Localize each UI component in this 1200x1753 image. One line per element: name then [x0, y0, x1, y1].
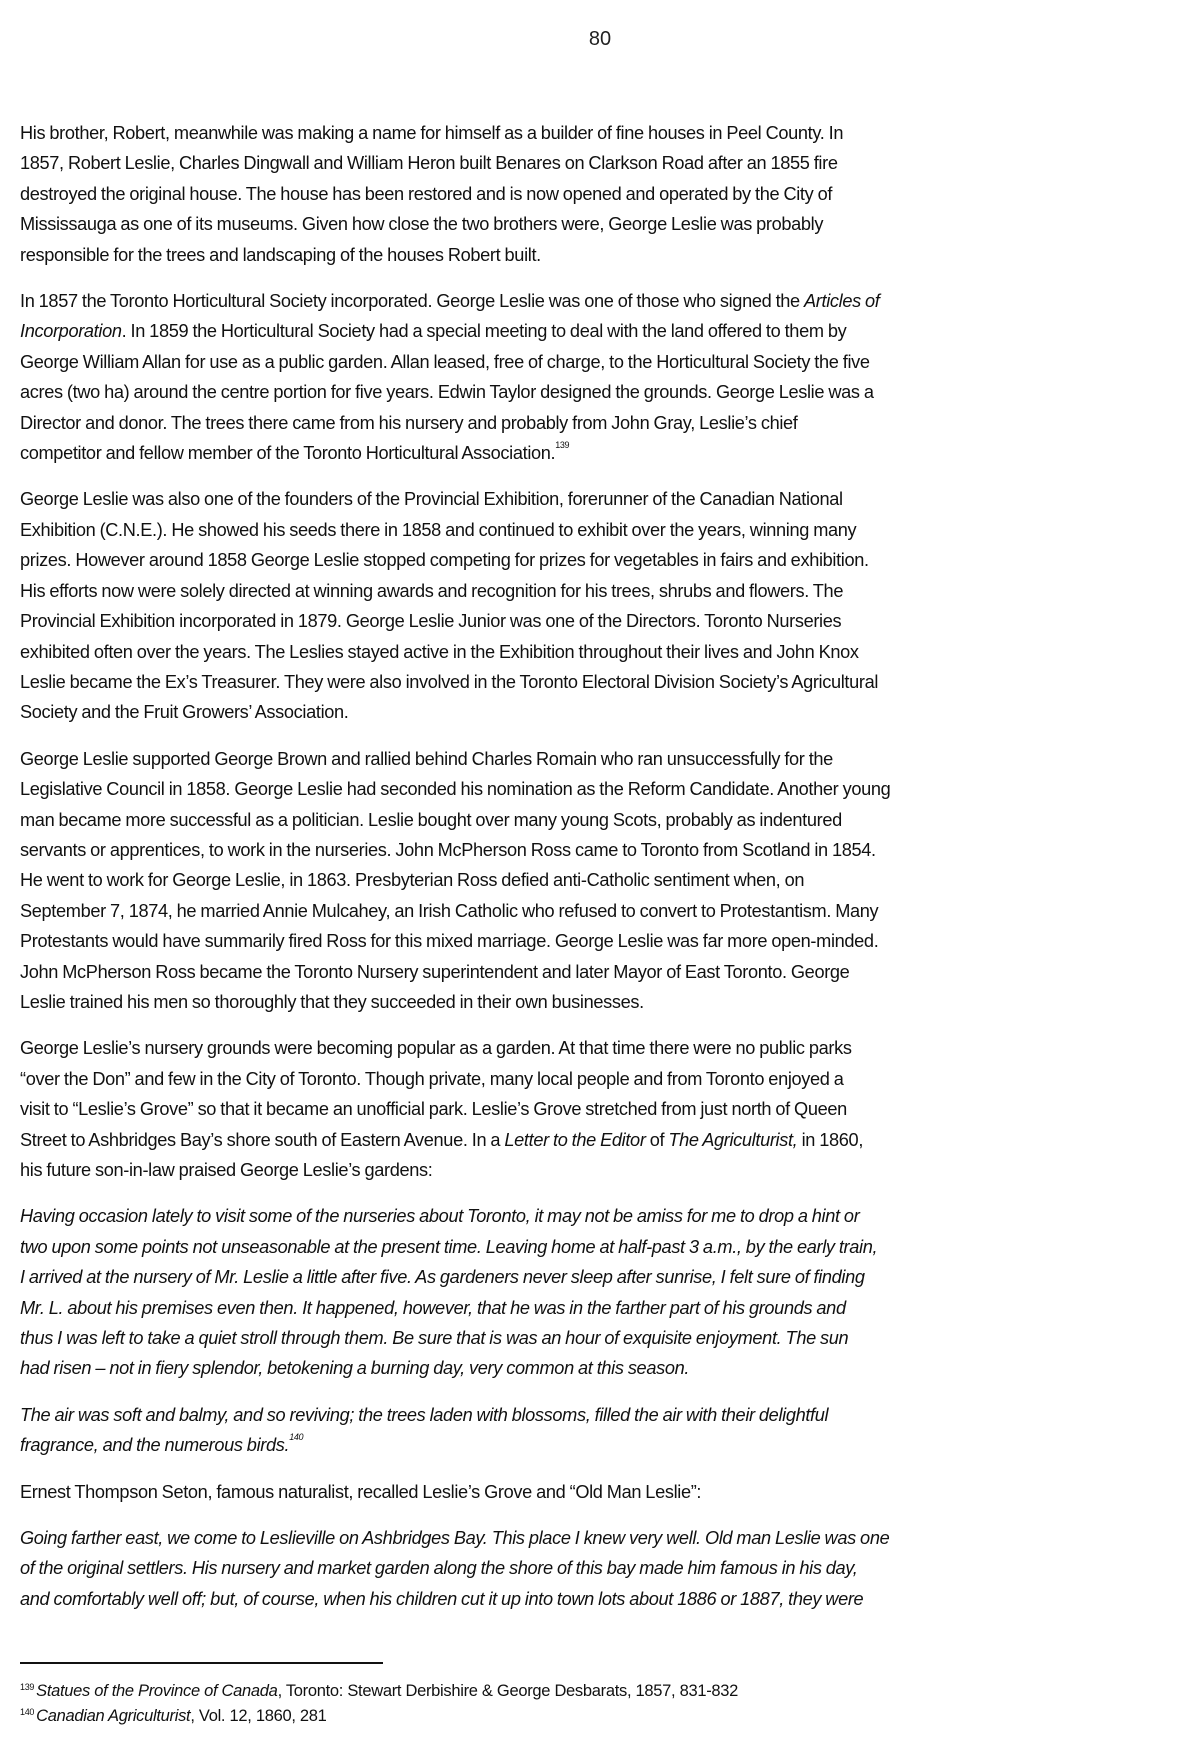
text-line: fragrance, and the numerous birds.140 — [20, 1430, 1200, 1460]
paragraph-robert-leslie: His brother, Robert, meanwhile was makin… — [20, 118, 1200, 270]
text-line: man became more successful as a politici… — [20, 805, 1200, 835]
text-run: competitor and fellow member of the Toro… — [20, 443, 555, 463]
italic-title: Letter to the Editor — [504, 1130, 645, 1150]
text-line: competitor and fellow member of the Toro… — [20, 438, 1200, 468]
text-line: Provincial Exhibition incorporated in 18… — [20, 606, 1200, 636]
text-line: George Leslie’s nursery grounds were bec… — [20, 1033, 1200, 1063]
text-line: Going farther east, we come to Leslievil… — [20, 1523, 1200, 1553]
italic-title: Incorporation — [20, 321, 122, 341]
block-quote-letter: Having occasion lately to visit some of … — [20, 1201, 1200, 1383]
block-quote-air: The air was soft and balmy, and so reviv… — [20, 1400, 1200, 1461]
footnote-citation: , Toronto: Stewart Derbishire & George D… — [278, 1682, 738, 1700]
footnote-139: 139Statues of the Province of Canada, To… — [20, 1680, 1120, 1705]
text-run: Street to Ashbridges Bay’s shore south o… — [20, 1130, 504, 1150]
text-line: of the original settlers. His nursery an… — [20, 1553, 1200, 1583]
text-line: His efforts now were solely directed at … — [20, 576, 1200, 606]
footnote-number: 140 — [20, 1707, 34, 1717]
text-line: visit to “Leslie’s Grove” so that it bec… — [20, 1094, 1200, 1124]
text-line: “over the Don” and few in the City of To… — [20, 1064, 1200, 1094]
paragraph-leslies-grove: George Leslie’s nursery grounds were bec… — [20, 1033, 1200, 1185]
text-line: His brother, Robert, meanwhile was makin… — [20, 118, 1200, 148]
text-line: Ernest Thompson Seton, famous naturalist… — [20, 1477, 1200, 1507]
text-line: responsible for the trees and landscapin… — [20, 240, 1200, 270]
text-line: prizes. However around 1858 George Lesli… — [20, 545, 1200, 575]
text-line: He went to work for George Leslie, in 18… — [20, 865, 1200, 895]
italic-title: The Agriculturist, — [668, 1130, 797, 1150]
paragraph-provincial-exhibition: George Leslie was also one of the founde… — [20, 484, 1200, 727]
text-run: fragrance, and the numerous birds. — [20, 1435, 289, 1455]
text-line: The air was soft and balmy, and so reviv… — [20, 1400, 1200, 1430]
text-run: of — [646, 1130, 669, 1150]
text-line: two upon some points not unseasonable at… — [20, 1232, 1200, 1262]
text-line: Leslie trained his men so thoroughly tha… — [20, 987, 1200, 1017]
text-line: John McPherson Ross became the Toronto N… — [20, 957, 1200, 987]
text-run: . In 1859 the Horticultural Society had … — [122, 321, 847, 341]
block-quote-seton: Going farther east, we come to Leslievil… — [20, 1523, 1200, 1614]
text-line: acres (two ha) around the centre portion… — [20, 377, 1200, 407]
text-line: Mississauga as one of its museums. Given… — [20, 209, 1200, 239]
text-line: George Leslie supported George Brown and… — [20, 744, 1200, 774]
text-line: In 1857 the Toronto Horticultural Societ… — [20, 286, 1200, 316]
paragraph-politics-and-ross: George Leslie supported George Brown and… — [20, 744, 1200, 1018]
text-line: servants or apprentices, to work in the … — [20, 835, 1200, 865]
footnote-title: Canadian Agriculturist — [36, 1707, 190, 1725]
text-line: exhibited often over the years. The Lesl… — [20, 637, 1200, 667]
text-line: Legislative Council in 1858. George Lesl… — [20, 774, 1200, 804]
text-line: Street to Ashbridges Bay’s shore south o… — [20, 1125, 1200, 1155]
text-line: Exhibition (C.N.E.). He showed his seeds… — [20, 515, 1200, 545]
text-line: Mr. L. about his premises even then. It … — [20, 1293, 1200, 1323]
text-line: had risen – not in fiery splendor, betok… — [20, 1353, 1200, 1383]
paragraph-seton-intro: Ernest Thompson Seton, famous naturalist… — [20, 1477, 1200, 1507]
text-line: Society and the Fruit Growers’ Associati… — [20, 697, 1200, 727]
footnote-140: 140Canadian Agriculturist, Vol. 12, 1860… — [20, 1705, 1120, 1730]
text-line: Incorporation. In 1859 the Horticultural… — [20, 316, 1200, 346]
text-line: and comfortably well off; but, of course… — [20, 1584, 1200, 1614]
text-line: 1857, Robert Leslie, Charles Dingwall an… — [20, 148, 1200, 178]
text-line: Director and donor. The trees there came… — [20, 408, 1200, 438]
text-line: George William Allan for use as a public… — [20, 347, 1200, 377]
text-line: his future son-in-law praised George Les… — [20, 1155, 1200, 1185]
footnote-number: 139 — [20, 1682, 34, 1692]
text-line: Leslie became the Ex’s Treasurer. They w… — [20, 667, 1200, 697]
text-line: Protestants would have summarily fired R… — [20, 926, 1200, 956]
text-line: I arrived at the nursery of Mr. Leslie a… — [20, 1262, 1200, 1292]
text-run: In 1857 the Toronto Horticultural Societ… — [20, 291, 804, 311]
footnote-reference-140[interactable]: 140 — [289, 1432, 303, 1442]
footnotes: 139Statues of the Province of Canada, To… — [20, 1680, 1120, 1730]
footnote-citation: , Vol. 12, 1860, 281 — [190, 1707, 326, 1725]
body-text: His brother, Robert, meanwhile was makin… — [20, 118, 1200, 1630]
paragraph-horticultural-society: In 1857 the Toronto Horticultural Societ… — [20, 286, 1200, 468]
text-run: in 1860, — [797, 1130, 863, 1150]
text-line: thus I was left to take a quiet stroll t… — [20, 1323, 1200, 1353]
text-line: Having occasion lately to visit some of … — [20, 1201, 1200, 1231]
page-number: 80 — [0, 28, 1200, 51]
footnote-reference-139[interactable]: 139 — [555, 440, 569, 450]
text-line: destroyed the original house. The house … — [20, 179, 1200, 209]
text-line: George Leslie was also one of the founde… — [20, 484, 1200, 514]
footnote-title: Statues of the Province of Canada — [36, 1682, 277, 1700]
text-line: September 7, 1874, he married Annie Mulc… — [20, 896, 1200, 926]
italic-title: Articles of — [804, 291, 880, 311]
footnote-separator — [20, 1662, 383, 1664]
